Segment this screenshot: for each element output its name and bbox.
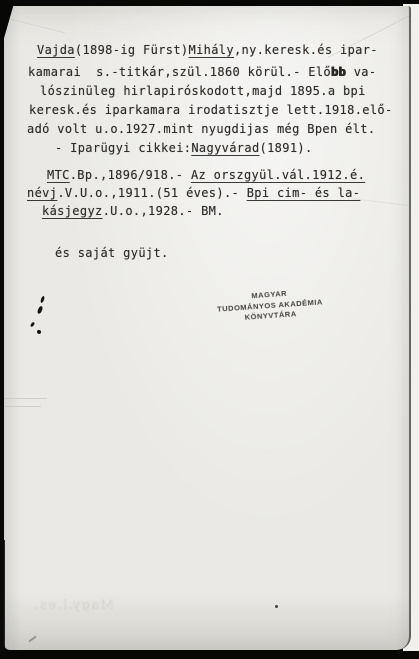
surname-underlined: Vajda — [37, 43, 75, 57]
pencil-mark — [5, 406, 41, 407]
text-segment: .V.U.o.,1911.(51 éves).- — [57, 186, 246, 200]
text-segment: lószinüleg hirlapiróskodott,majd 1895.a … — [40, 84, 366, 98]
card-paper: Vajda(1898-ig Fürst)Mihály,ny.keresk.és … — [4, 6, 411, 650]
typewritten-line: névj.V.U.o.,1911.(51 éves).- Bpi cim- és… — [27, 184, 360, 203]
typewritten-line: keresk.és iparkamara irodatisztje lett.1… — [29, 101, 393, 120]
typewritten-line: adó volt u.o.1927.mint nyugdijas még Bpe… — [27, 120, 375, 139]
source-title-underlined: kásjegyz — [42, 204, 103, 218]
ink-speck — [275, 605, 278, 608]
text-segment: .U.o.,1928.- BM. — [103, 204, 224, 218]
paper-crease — [4, 16, 65, 34]
collection-note: és saját gyüjt. — [55, 244, 169, 263]
ink-mark — [37, 330, 42, 335]
ink-mark — [36, 306, 43, 315]
text-segment: (1898-ig Fürst) — [75, 43, 189, 57]
place-underlined: Nagyvárad — [191, 141, 259, 155]
text-segment: (1891). — [260, 141, 313, 155]
source-title-underlined: névj — [27, 186, 57, 200]
text-segment: ,ny.keresk.és ipar- — [234, 43, 378, 57]
pencil-mark — [4, 398, 47, 399]
pen-slash-mark — [28, 636, 37, 643]
text-segment: adó volt u.o.1927.mint nyugdijas még Bpe… — [27, 122, 375, 136]
typewritten-line: MTC.Bp.,1896/918.- Az orszgyül.vál.1912.… — [47, 166, 365, 185]
text-segment: - Iparügyi cikkei: — [55, 141, 191, 155]
ink-mark — [30, 322, 36, 328]
source-title-underlined: Az orszgyül.vál.1912.é. — [191, 168, 365, 182]
overstruck-text: bb — [331, 65, 346, 79]
library-stamp: MAGYAR TUDOMÁNYOS AKADÉMIA KÖNYVTÁRA — [202, 285, 338, 326]
typewritten-line: kamarai s.-titkár,szül.1860 körül.- Előb… — [28, 63, 376, 82]
firstname-underlined: Mihály — [189, 43, 234, 57]
text-segment: kamarai s.-titkár,szül.1860 körül.- Elő — [28, 65, 331, 79]
bleed-through-text: Magy.l.es. — [33, 598, 114, 613]
typewritten-line: lószinüleg hirlapiróskodott,majd 1895.a … — [40, 82, 366, 101]
ink-mark — [40, 296, 45, 304]
typewritten-line: kásjegyz.U.o.,1928.- BM. — [42, 202, 224, 221]
scan-black-edge-left — [0, 540, 5, 652]
scanned-catalog-card: Vajda(1898-ig Fürst)Mihály,ny.keresk.és … — [0, 0, 419, 659]
source-title-underlined: Bpi cim- és la- — [247, 186, 361, 200]
paper-crease — [352, 198, 411, 207]
text-segment: .Bp.,1896/918.- — [70, 168, 191, 182]
typewritten-line: Vajda(1898-ig Fürst)Mihály,ny.keresk.és … — [37, 41, 378, 60]
source-abbrev-underlined: MTC — [47, 168, 70, 182]
text-segment: va- — [346, 65, 376, 79]
typewritten-line: - Iparügyi cikkei:Nagyvárad(1891). — [55, 139, 313, 158]
text-segment: keresk.és iparkamara irodatisztje lett.1… — [29, 103, 393, 117]
